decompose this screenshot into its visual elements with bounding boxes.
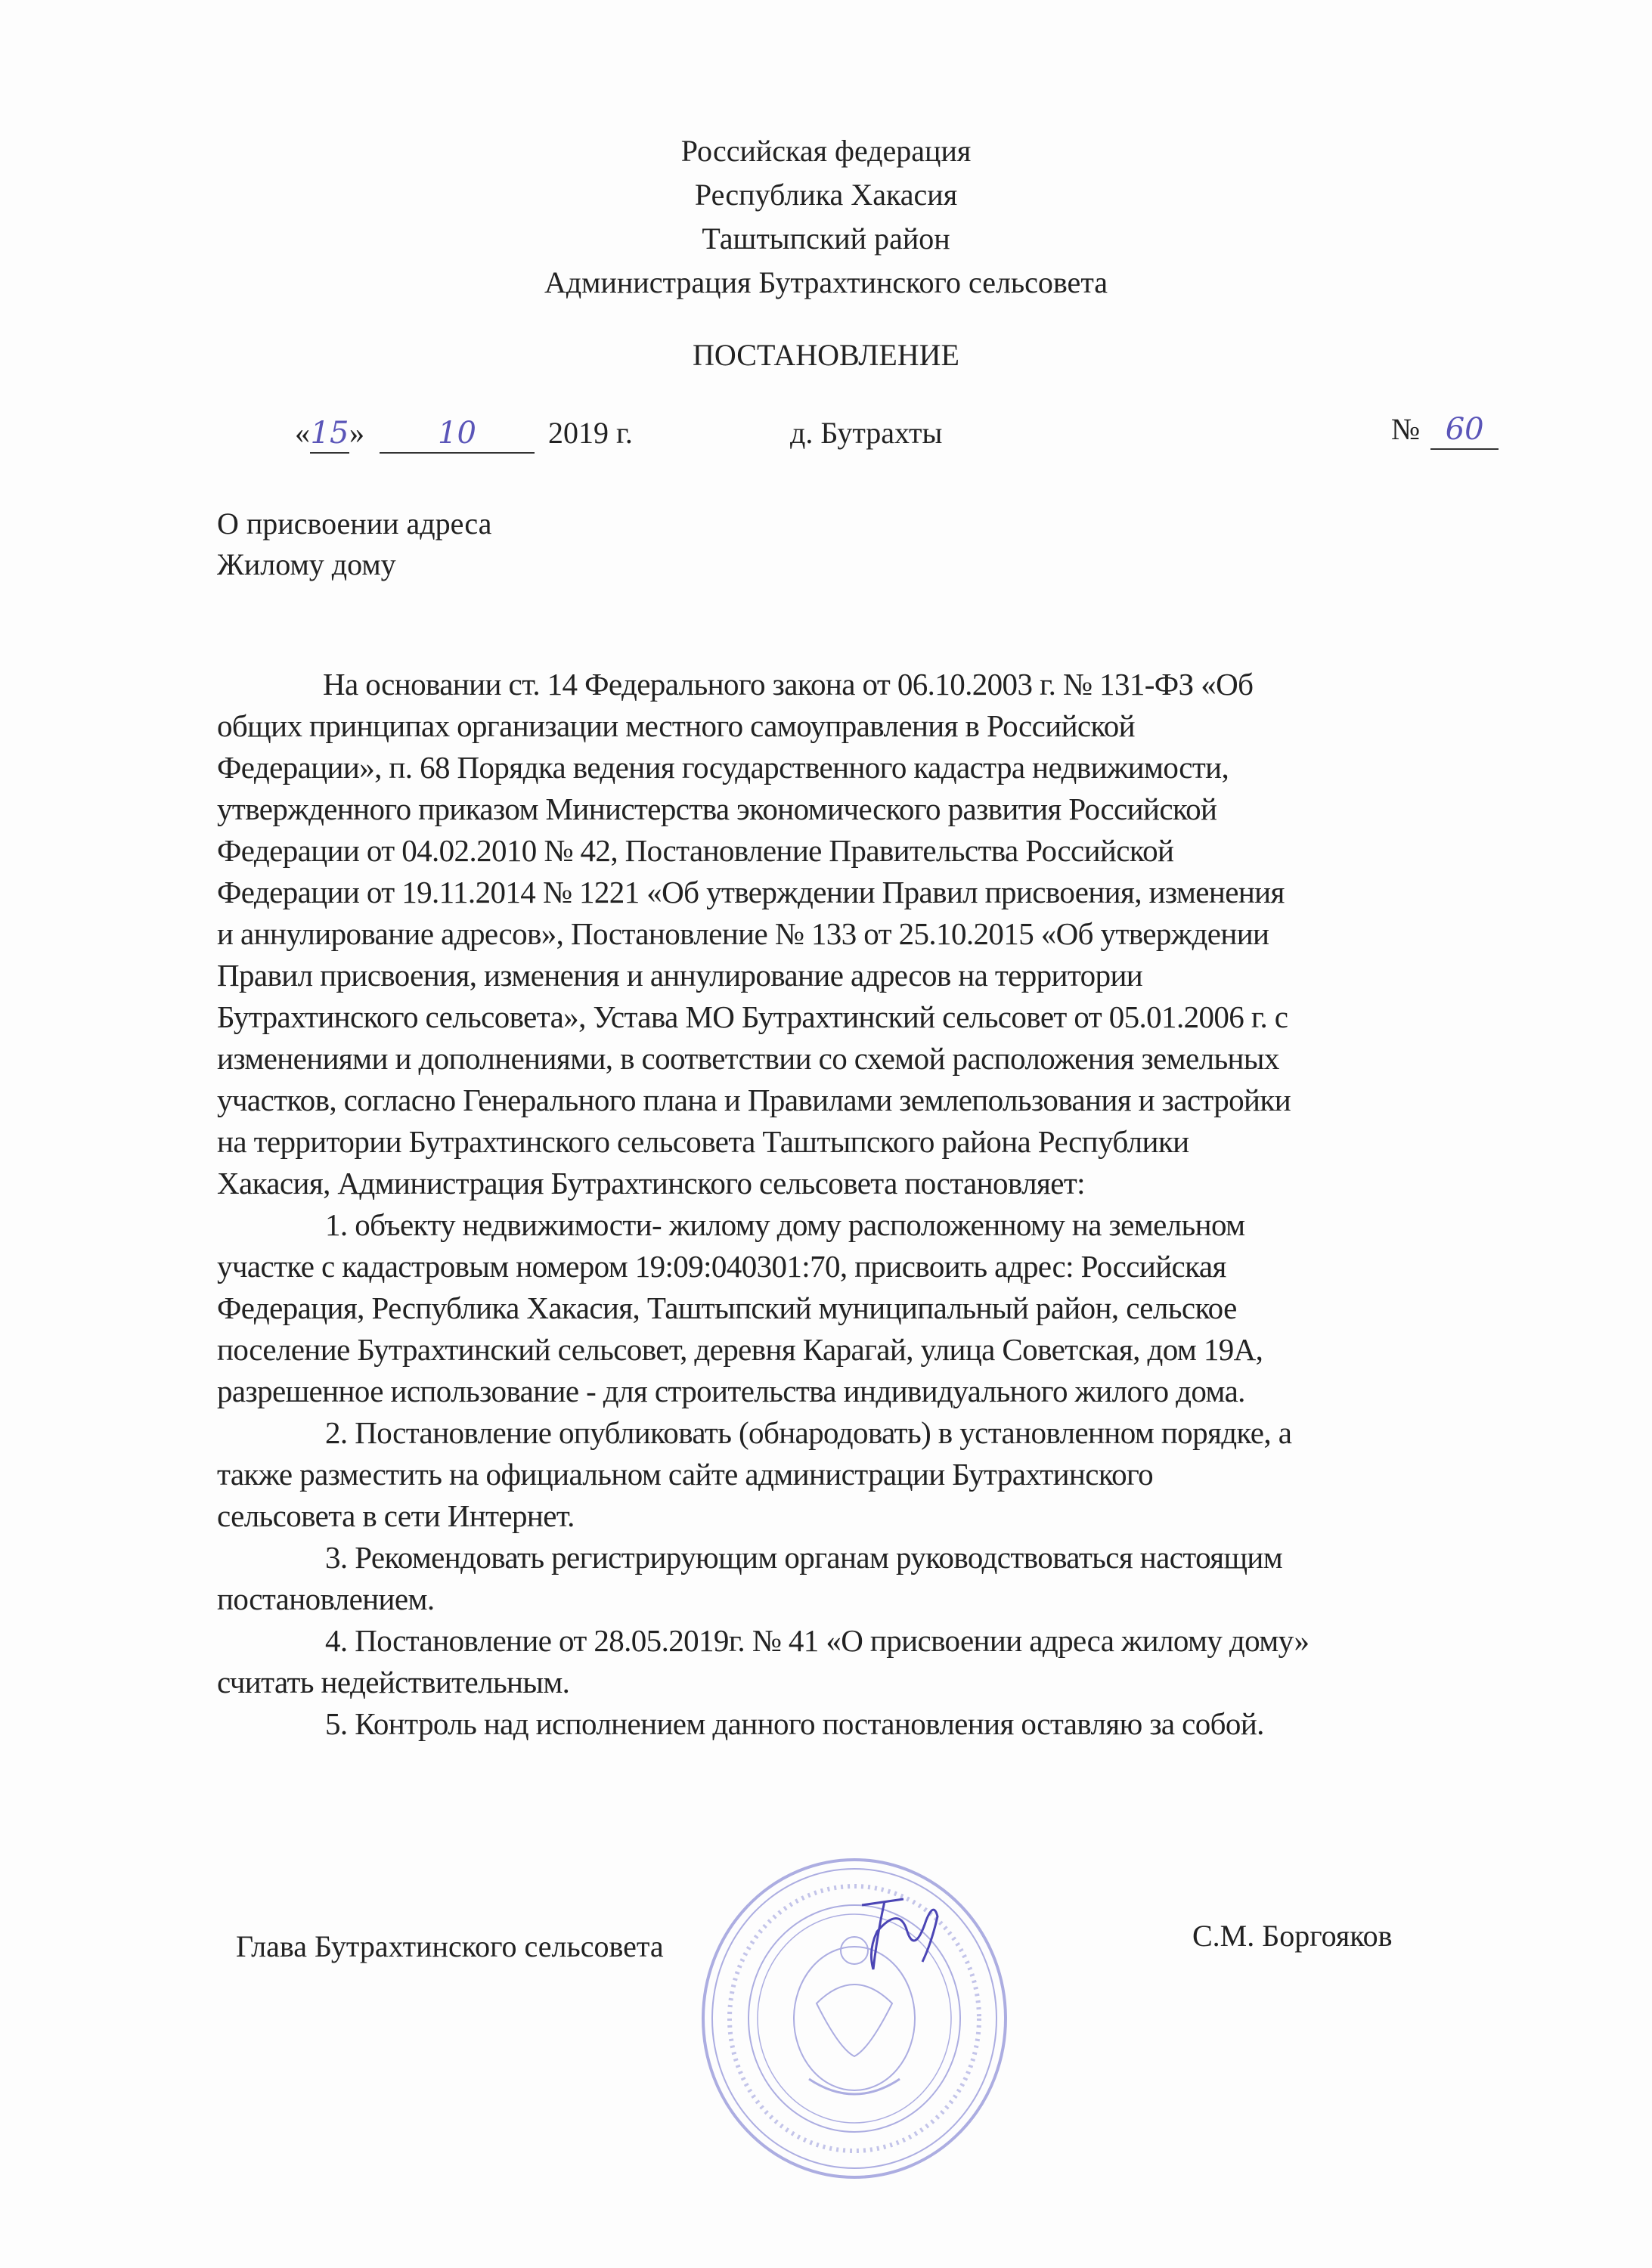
body-line: постановлением. [217,1580,434,1618]
header-country: Российская федерация [0,132,1652,170]
body-line: и аннулирование адресов», Постановление … [217,915,1269,953]
date-month: 10 [380,414,535,454]
header-district: Таштыпский район [0,220,1652,258]
number-value: 60 [1430,411,1499,450]
document-type-title: ПОСТАНОВЛЕНИЕ [0,336,1652,374]
signatory-position: Глава Бутрахтинского сельсовета [236,1928,664,1966]
document-number: № 60 [1391,411,1499,450]
body-line: утвержденного приказом Министерства экон… [217,790,1217,828]
header-administration: Администрация Бутрахтинского сельсовета [0,264,1652,302]
place-name: д. Бутрахты [790,414,942,452]
body-line: участков, согласно Генерального плана и … [217,1081,1291,1119]
body-line: Федерации от 19.11.2014 № 1221 «Об утвер… [217,873,1285,911]
document-page: Российская федерация Республика Хакасия … [0,0,1652,2268]
body-line: Бутрахтинского сельсовета», Устава МО Бу… [217,998,1288,1036]
body-line: также разместить на официальном сайте ад… [217,1455,1153,1493]
signatory-name: С.М. Боргояков [1192,1917,1393,1955]
number-label: № [1391,412,1420,446]
header-republic: Республика Хакасия [0,176,1652,214]
body-line: Правил присвоения, изменения и аннулиров… [217,956,1142,994]
date-block: «15» 10 2019 г. [295,414,633,454]
clause-4-start: 4. Постановление от 28.05.2019г. № 41 «О… [325,1622,1309,1659]
subject-line-1: О присвоении адреса [217,505,491,543]
body-line: общих принципах организации местного сам… [217,707,1135,745]
clause-1-start: 1. объекту недвижимости- жилому дому рас… [325,1206,1244,1244]
body-line: Федерации», п. 68 Порядка ведения госуда… [217,748,1229,786]
clause-5: 5. Контроль над исполнением данного пост… [325,1705,1264,1743]
body-line: Федерация, Республика Хакасия, Таштыпски… [217,1289,1237,1327]
body-line: На основании ст. 14 Федерального закона … [323,665,1253,703]
clause-2-start: 2. Постановление опубликовать (обнародов… [325,1414,1291,1452]
date-day: 15 [310,414,349,454]
body-line: считать недействительным. [217,1663,569,1701]
body-line: участке с кадастровым номером 19:09:0403… [217,1247,1226,1285]
body-line: изменениями и дополнениями, в соответств… [217,1039,1279,1077]
date-close-quote: » [349,416,364,450]
signature-icon [832,1890,953,1981]
date-open-quote: « [295,416,310,450]
clause-3-start: 3. Рекомендовать регистрирующим органам … [325,1538,1282,1576]
subject-line-2: Жилому дому [217,546,396,584]
body-line: Федерации от 04.02.2010 № 42, Постановле… [217,832,1173,869]
date-year: 2019 г. [548,416,633,450]
body-line: сельсовета в сети Интернет. [217,1497,575,1535]
body-line: разрешенное использование - для строител… [217,1372,1245,1410]
body-line: на территории Бутрахтинского сельсовета … [217,1123,1189,1160]
body-line: Хакасия, Администрация Бутрахтинского се… [217,1164,1085,1202]
body-line: поселение Бутрахтинский сельсовет, дерев… [217,1331,1263,1368]
